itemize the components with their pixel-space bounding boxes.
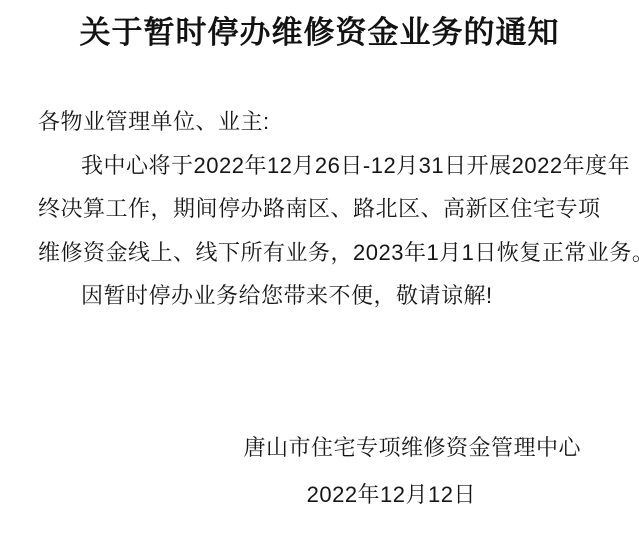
notice-signature: 唐山市住宅专项维修资金管理中心 (0, 433, 639, 463)
notice-document: 关于暂时停办维修资金业务的通知 各物业管理单位、业主: 我中心将于2022年12… (0, 0, 639, 557)
notice-body: 各物业管理单位、业主: 我中心将于2022年12月26日-12月31日开展202… (0, 100, 639, 318)
notice-paragraph-line: 维修资金线上、线下所有业务，2023年1月1日恢复正常业务。 (38, 231, 603, 275)
notice-salutation: 各物业管理单位、业主: (38, 100, 603, 144)
notice-paragraph-line: 因暂时停办业务给您带来不便，敬请谅解! (38, 274, 603, 318)
notice-paragraph-line: 终决算工作，期间停办路南区、路北区、高新区住宅专项 (38, 187, 603, 231)
notice-paragraph-line: 我中心将于2022年12月26日-12月31日开展2022年度年 (38, 144, 603, 188)
notice-date: 2022年12月12日 (0, 480, 639, 510)
signature-block: 唐山市住宅专项维修资金管理中心 2022年12月12日 (0, 433, 639, 510)
notice-title: 关于暂时停办维修资金业务的通知 (0, 14, 639, 52)
